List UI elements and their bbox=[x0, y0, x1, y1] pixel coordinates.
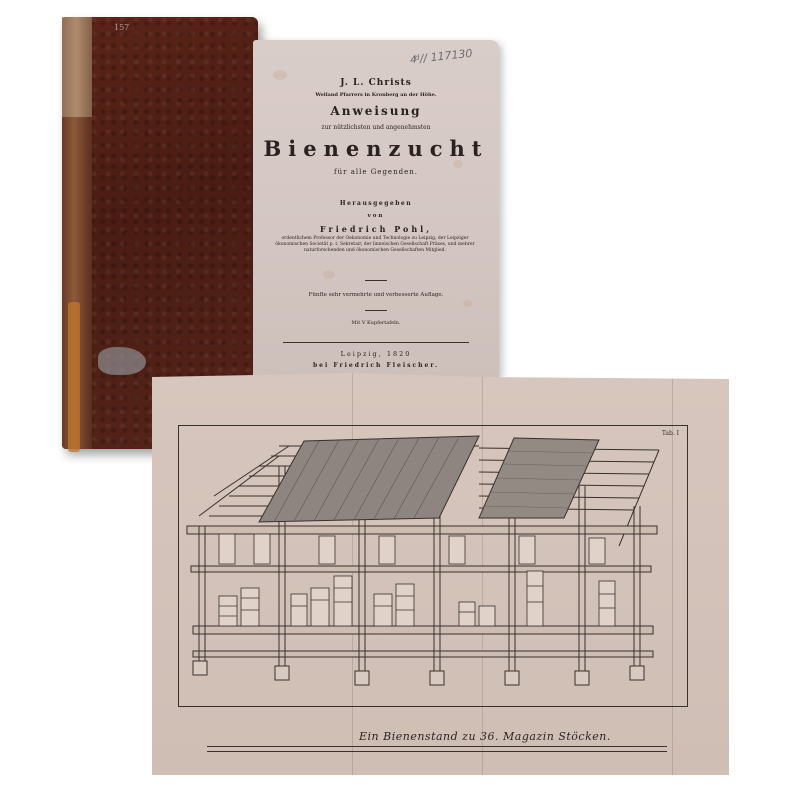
imprint-publisher: bei Friedrich Fleischer. bbox=[253, 362, 499, 369]
editor-description: ordentlichem Professor der Oekonomie und… bbox=[275, 236, 475, 255]
imprint-rule bbox=[283, 342, 469, 343]
divider-rule bbox=[365, 280, 387, 281]
divider-rule bbox=[365, 310, 387, 311]
editor-von: von bbox=[253, 213, 499, 219]
foxing-spot bbox=[453, 160, 463, 168]
foxing-spot bbox=[463, 300, 472, 307]
spine-wear-mark bbox=[68, 302, 80, 452]
spine-label: 157 bbox=[114, 23, 129, 32]
spine-paper-strip bbox=[62, 17, 92, 117]
edition-statement: Fünfte sehr vermehrte und verbesserte Au… bbox=[253, 292, 499, 298]
imprint-place-year: Leipzig, 1820 bbox=[253, 350, 499, 358]
bee-house-engraving bbox=[179, 426, 687, 726]
foxing-spot bbox=[323, 270, 335, 279]
plate-caption: Ein Bienenstand zu 36. Magazin Stöcken. bbox=[359, 730, 611, 743]
editor-name: Friedrich Pohl, bbox=[253, 224, 499, 234]
scale-bar bbox=[207, 746, 667, 752]
title-line-3: für alle Gegenden. bbox=[253, 168, 499, 176]
title-line-1: Anweisung bbox=[253, 104, 499, 118]
title-line-2: zur nützlichsten und angenehmsten bbox=[253, 124, 499, 131]
engraving-frame: Tab. I bbox=[178, 425, 688, 707]
editor-intro: Herausgegeben bbox=[253, 200, 499, 207]
pencil-shelfmark: 4ͩ // 117130 bbox=[410, 47, 474, 66]
main-title: Bienenzucht bbox=[253, 136, 499, 161]
hive-stacks bbox=[219, 534, 615, 626]
cover-wear-mark bbox=[98, 347, 146, 375]
title-page: 4ͩ // 117130 J. L. Christs Weiland Pfarr… bbox=[253, 40, 499, 378]
plates-note: Mit V Kupfertafeln. bbox=[253, 320, 499, 326]
author-role: Weiland Pfarrers in Kronberg an der Höhe… bbox=[253, 92, 499, 98]
author-name: J. L. Christs bbox=[253, 78, 499, 88]
plank-roof bbox=[259, 436, 479, 522]
foldout-plate: Tab. I bbox=[152, 373, 729, 775]
